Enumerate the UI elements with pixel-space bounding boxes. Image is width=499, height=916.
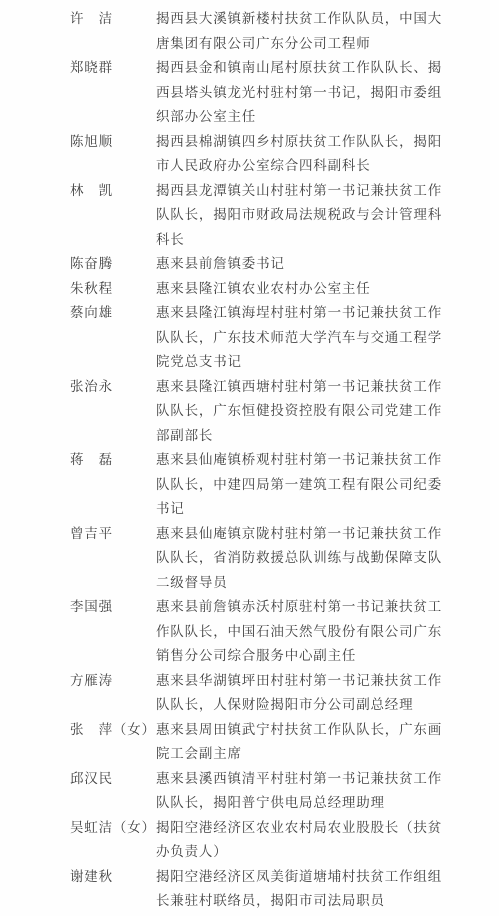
description-line: 队队长，中建四局第一建筑工程有限公司纪委 bbox=[156, 473, 446, 498]
person-description: 惠来县周田镇武宁村扶贫工作队队长，广东画院工会副主席 bbox=[156, 718, 446, 767]
description-line: 惠来县前詹镇委书记 bbox=[156, 252, 446, 277]
list-item: 蒋 磊 惠来县仙庵镇桥观村驻村第一书记兼扶贫工作队队长，中建四局第一建筑工程有限… bbox=[70, 448, 479, 522]
description-line: 队队长，省消防救援总队训练与战勤保障支队 bbox=[156, 546, 446, 571]
list-item: 林 凯 揭西县龙潭镇关山村驻村第一书记兼扶贫工作队队长，揭阳市财政局法规税政与会… bbox=[70, 179, 479, 253]
description-line: 办负责人） bbox=[156, 840, 446, 865]
person-name: 蔡向雄 bbox=[70, 301, 156, 326]
person-name: 朱秋程 bbox=[70, 277, 156, 302]
description-line: 惠来县仙庵镇京陇村驻村第一书记兼扶贫工作 bbox=[156, 522, 446, 547]
person-name: 张治永 bbox=[70, 375, 156, 400]
person-name: 林 凯 bbox=[70, 179, 156, 204]
list-item: 邱汉民 惠来县溪西镇清平村驻村第一书记兼扶贫工作队队长，揭阳普宁供电局总经理助理 bbox=[70, 767, 479, 816]
person-description: 揭西县龙潭镇关山村驻村第一书记兼扶贫工作队队长，揭阳市财政局法规税政与会计管理科… bbox=[156, 179, 446, 253]
description-line: 惠来县前詹镇赤沃村原驻村第一书记兼扶贫工 bbox=[156, 595, 446, 620]
description-line: 惠来县溪西镇清平村驻村第一书记兼扶贫工作 bbox=[156, 767, 446, 792]
description-line: 书记 bbox=[156, 497, 446, 522]
description-line: 队队长，广东恒健投资控股有限公司党建工作 bbox=[156, 399, 446, 424]
list-item: 张治永 惠来县隆江镇西塘村驻村第一书记兼扶贫工作队队长，广东恒健投资控股有限公司… bbox=[70, 375, 479, 449]
person-description: 揭西县棉湖镇四乡村原扶贫工作队队长，揭阳市人民政府办公室综合四科副科长 bbox=[156, 130, 446, 179]
document-page: 许 洁 揭西县大溪镇新楼村扶贫工作队队员，中国大唐集团有限公司广东分公司工程师 … bbox=[0, 0, 499, 916]
list-item: 方雁涛 惠来县华湖镇坪田村驻村第一书记兼扶贫工作队队长，人保财险揭阳市分公司副总… bbox=[70, 669, 479, 718]
description-line: 队队长，揭阳普宁供电局总经理助理 bbox=[156, 791, 446, 816]
person-description: 揭西县金和镇南山尾村原扶贫工作队队长、揭西县塔头镇龙光村驻村第一书记，揭阳市委组… bbox=[156, 56, 446, 130]
description-line: 惠来县周田镇武宁村扶贫工作队队长，广东画 bbox=[156, 718, 446, 743]
person-name: 陈旭顺 bbox=[70, 130, 156, 155]
person-description: 揭西县大溪镇新楼村扶贫工作队队员，中国大唐集团有限公司广东分公司工程师 bbox=[156, 7, 446, 56]
list-item: 蔡向雄 惠来县隆江镇海埕村驻村第一书记兼扶贫工作队队长，广东技术师范大学汽车与交… bbox=[70, 301, 479, 375]
description-line: 惠来县仙庵镇桥观村驻村第一书记兼扶贫工作 bbox=[156, 448, 446, 473]
description-line: 惠来县隆江镇农业农村办公室主任 bbox=[156, 277, 446, 302]
person-description: 惠来县隆江镇海埕村驻村第一书记兼扶贫工作队队长，广东技术师范大学汽车与交通工程学… bbox=[156, 301, 446, 375]
list-item: 陈奋腾 惠来县前詹镇委书记 bbox=[70, 252, 479, 277]
description-line: 惠来县隆江镇西塘村驻村第一书记兼扶贫工作 bbox=[156, 375, 446, 400]
description-line: 二级督导员 bbox=[156, 571, 446, 596]
list-item: 李国强 惠来县前詹镇赤沃村原驻村第一书记兼扶贫工作队队长，中国石油天然气股份有限… bbox=[70, 595, 479, 669]
description-line: 院党总支书记 bbox=[156, 350, 446, 375]
description-line: 科长 bbox=[156, 228, 446, 253]
description-line: 揭西县金和镇南山尾村原扶贫工作队队长、揭 bbox=[156, 56, 446, 81]
person-description: 惠来县溪西镇清平村驻村第一书记兼扶贫工作队队长，揭阳普宁供电局总经理助理 bbox=[156, 767, 446, 816]
description-line: 揭西县棉湖镇四乡村原扶贫工作队队长，揭阳 bbox=[156, 130, 446, 155]
person-name: 蒋 磊 bbox=[70, 448, 156, 473]
person-description: 惠来县前詹镇赤沃村原驻村第一书记兼扶贫工作队队长，中国石油天然气股份有限公司广东… bbox=[156, 595, 446, 669]
person-name: 邱汉民 bbox=[70, 767, 156, 792]
list-item: 许 洁 揭西县大溪镇新楼村扶贫工作队队员，中国大唐集团有限公司广东分公司工程师 bbox=[70, 7, 479, 56]
person-name: 郑晓群 bbox=[70, 56, 156, 81]
description-line: 作队队长，中国石油天然气股份有限公司广东 bbox=[156, 620, 446, 645]
person-name: 陈奋腾 bbox=[70, 252, 156, 277]
list-item: 谢建秋 揭阳空港经济区凤美街道塘埔村扶贫工作组组长兼驻村联络员，揭阳市司法局职员 bbox=[70, 865, 479, 914]
description-line: 揭西县龙潭镇关山村驻村第一书记兼扶贫工作 bbox=[156, 179, 446, 204]
description-line: 队队长，广东技术师范大学汽车与交通工程学 bbox=[156, 326, 446, 351]
person-name: 李国强 bbox=[70, 595, 156, 620]
description-line: 部副部长 bbox=[156, 424, 446, 449]
list-item: 朱秋程 惠来县隆江镇农业农村办公室主任 bbox=[70, 277, 479, 302]
description-line: 队队长，揭阳市财政局法规税政与会计管理科 bbox=[156, 203, 446, 228]
honor-roll-list: 许 洁 揭西县大溪镇新楼村扶贫工作队队员，中国大唐集团有限公司广东分公司工程师 … bbox=[70, 7, 479, 914]
list-item: 曾吉平 惠来县仙庵镇京陇村驻村第一书记兼扶贫工作队队长，省消防救援总队训练与战勤… bbox=[70, 522, 479, 596]
person-description: 惠来县隆江镇农业农村办公室主任 bbox=[156, 277, 446, 302]
description-line: 院工会副主席 bbox=[156, 742, 446, 767]
description-line: 惠来县隆江镇海埕村驻村第一书记兼扶贫工作 bbox=[156, 301, 446, 326]
person-name: 曾吉平 bbox=[70, 522, 156, 547]
description-line: 揭阳空港经济区凤美街道塘埔村扶贫工作组组 bbox=[156, 865, 446, 890]
person-description: 揭阳空港经济区凤美街道塘埔村扶贫工作组组长兼驻村联络员，揭阳市司法局职员 bbox=[156, 865, 446, 914]
person-name: 吴虹洁（女） bbox=[70, 816, 156, 841]
description-line: 西县塔头镇龙光村驻村第一书记，揭阳市委组 bbox=[156, 81, 446, 106]
description-line: 长兼驻村联络员，揭阳市司法局职员 bbox=[156, 889, 446, 914]
description-line: 织部办公室主任 bbox=[156, 105, 446, 130]
description-line: 惠来县华湖镇坪田村驻村第一书记兼扶贫工作 bbox=[156, 669, 446, 694]
person-name: 张 萍（女） bbox=[70, 718, 156, 743]
person-description: 惠来县隆江镇西塘村驻村第一书记兼扶贫工作队队长，广东恒健投资控股有限公司党建工作… bbox=[156, 375, 446, 449]
description-line: 揭西县大溪镇新楼村扶贫工作队队员，中国大 bbox=[156, 7, 446, 32]
description-line: 销售分公司综合服务中心副主任 bbox=[156, 644, 446, 669]
person-description: 惠来县前詹镇委书记 bbox=[156, 252, 446, 277]
person-description: 惠来县华湖镇坪田村驻村第一书记兼扶贫工作队队长，人保财险揭阳市分公司副总经理 bbox=[156, 669, 446, 718]
person-description: 惠来县仙庵镇桥观村驻村第一书记兼扶贫工作队队长，中建四局第一建筑工程有限公司纪委… bbox=[156, 448, 446, 522]
person-description: 惠来县仙庵镇京陇村驻村第一书记兼扶贫工作队队长，省消防救援总队训练与战勤保障支队… bbox=[156, 522, 446, 596]
description-line: 队队长，人保财险揭阳市分公司副总经理 bbox=[156, 693, 446, 718]
list-item: 吴虹洁（女） 揭阳空港经济区农业农村局农业股股长（扶贫办负责人） bbox=[70, 816, 479, 865]
person-name: 方雁涛 bbox=[70, 669, 156, 694]
person-name: 许 洁 bbox=[70, 7, 156, 32]
person-name: 谢建秋 bbox=[70, 865, 156, 890]
person-description: 揭阳空港经济区农业农村局农业股股长（扶贫办负责人） bbox=[156, 816, 446, 865]
description-line: 市人民政府办公室综合四科副科长 bbox=[156, 154, 446, 179]
list-item: 张 萍（女） 惠来县周田镇武宁村扶贫工作队队长，广东画院工会副主席 bbox=[70, 718, 479, 767]
list-item: 郑晓群 揭西县金和镇南山尾村原扶贫工作队队长、揭西县塔头镇龙光村驻村第一书记，揭… bbox=[70, 56, 479, 130]
description-line: 唐集团有限公司广东分公司工程师 bbox=[156, 32, 446, 57]
list-item: 陈旭顺 揭西县棉湖镇四乡村原扶贫工作队队长，揭阳市人民政府办公室综合四科副科长 bbox=[70, 130, 479, 179]
description-line: 揭阳空港经济区农业农村局农业股股长（扶贫 bbox=[156, 816, 446, 841]
